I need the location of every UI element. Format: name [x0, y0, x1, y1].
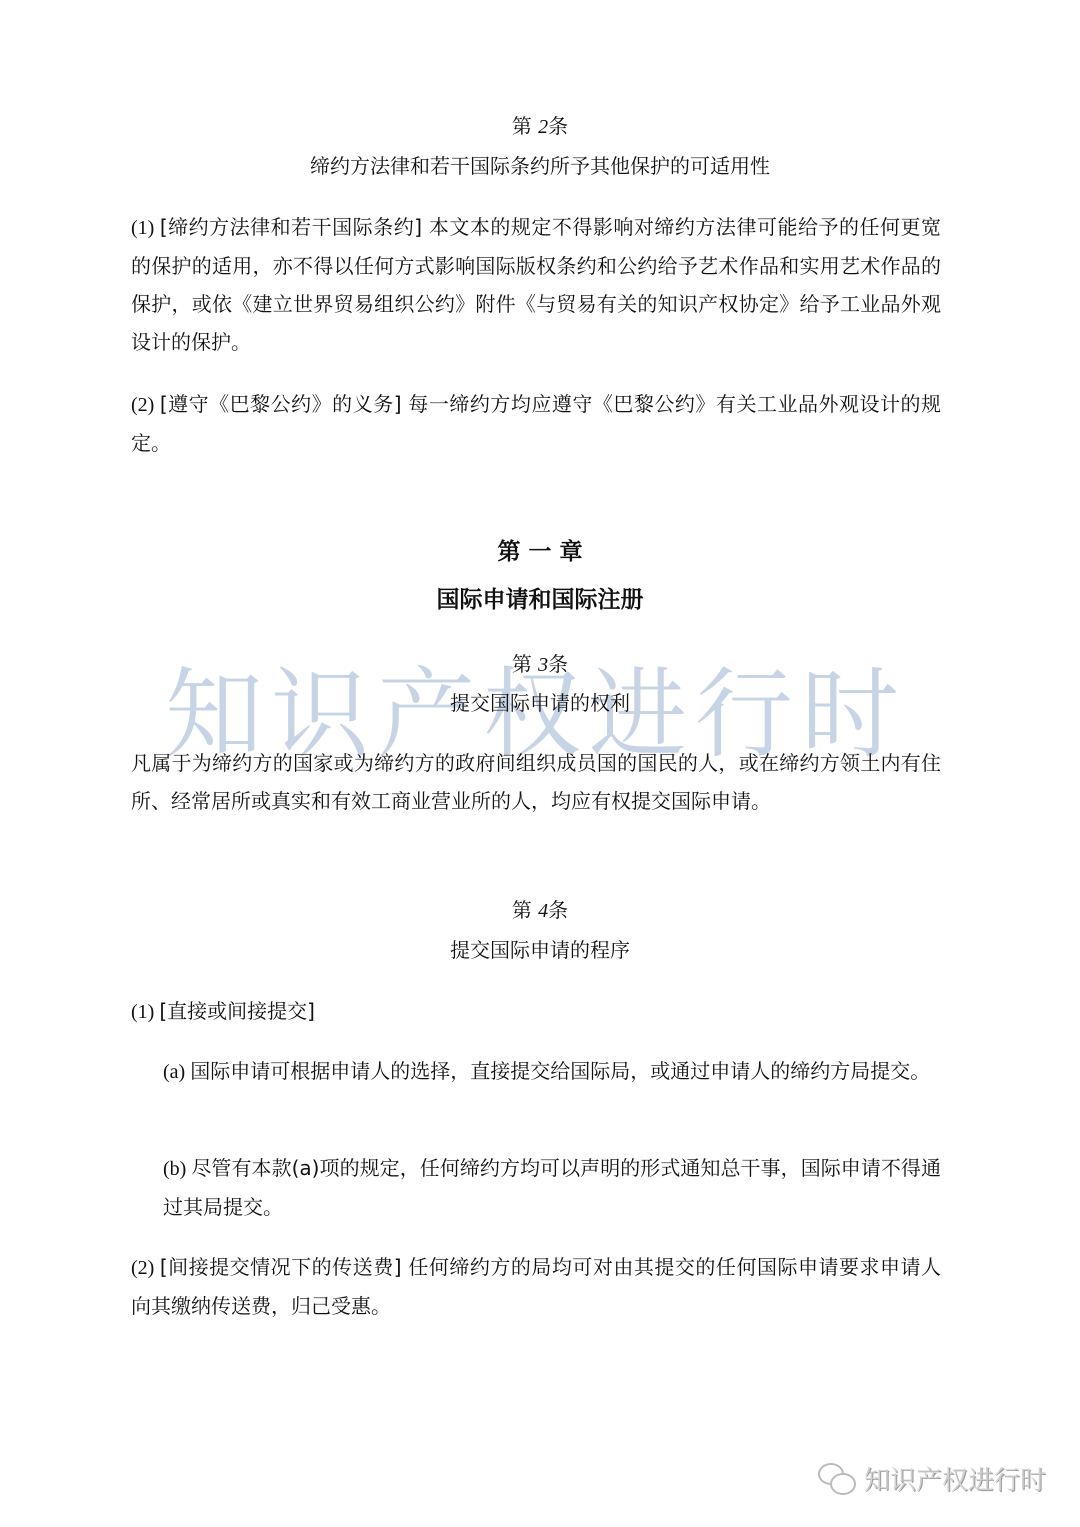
heading-number: 2: [538, 116, 548, 138]
footer-watermark-text: 知识产权进行时: [864, 1460, 1046, 1497]
heading-number: 3: [538, 654, 548, 676]
paragraph-label: (1): [131, 217, 160, 239]
paragraph-label: (b): [163, 1158, 191, 1180]
heading-number: 4: [538, 900, 548, 922]
heading-suffix: 条: [548, 114, 568, 138]
paragraph-text: [直接或间接提交]: [159, 999, 315, 1023]
document-page: 第 2条 缔约方法律和若干国际条约所予其他保护的可适用性 (1) [缔约方法律和…: [0, 0, 1080, 1527]
article-2-paragraph-1: (1) [缔约方法律和若干国际条约] 本文本的规定不得影响对缔约方法律可能给予的…: [131, 208, 941, 361]
paragraph-text: 国际申请可根据申请人的选择，直接提交给国际局，或通过申请人的缔约方局提交。: [190, 1059, 930, 1083]
article-4-heading: 第 4条: [0, 896, 1080, 925]
paragraph-text: [缔约方法律和若干国际条约] 本文本的规定不得影响对缔约方法律可能给予的任何更宽…: [131, 215, 941, 354]
paragraph-text: [间接提交情况下的传送费] 任何缔约方的局均可对由其提交的任何国际申请要求申请人…: [131, 1255, 941, 1318]
article-4-paragraph-2: (2) [间接提交情况下的传送费] 任何缔约方的局均可对由其提交的任何国际申请要…: [131, 1248, 941, 1325]
article-3-heading: 第 3条: [0, 650, 1080, 679]
article-3-paragraph: 凡属于为缔约方的国家或为缔约方的政府间组织成员国的国民的人，或在缔约方领土内有住…: [131, 744, 941, 820]
chapter-heading: 第 一 章: [0, 536, 1080, 568]
paragraph-text: 尽管有本款(a)项的规定，任何缔约方均可以声明的形式通知总干事，国际申请不得通过…: [163, 1156, 941, 1219]
paragraph-label: (a): [163, 1061, 190, 1083]
wechat-icon: [818, 1463, 856, 1493]
heading-suffix: 条: [548, 898, 568, 922]
article-2-title: 缔约方法律和若干国际条约所予其他保护的可适用性: [0, 152, 1080, 180]
heading-prefix: 第: [512, 898, 538, 922]
heading-suffix: 条: [548, 652, 568, 676]
paragraph-text: [遵守《巴黎公约》的义务] 每一缔约方均应遵守《巴黎公约》有关工业品外观设计的规…: [131, 392, 941, 455]
article-4-title: 提交国际申请的程序: [0, 936, 1080, 964]
article-2-heading: 第 2条: [0, 112, 1080, 141]
paragraph-label: (1): [131, 1001, 159, 1023]
paragraph-label: (2): [131, 1257, 160, 1279]
article-3-title: 提交国际申请的权利: [0, 689, 1080, 717]
heading-prefix: 第: [512, 652, 538, 676]
article-4-paragraph-1a: (a) 国际申请可根据申请人的选择，直接提交给国际局，或通过申请人的缔约方局提交…: [163, 1052, 941, 1091]
article-4-paragraph-1: (1) [直接或间接提交]: [131, 992, 941, 1031]
chapter-title: 国际申请和国际注册: [0, 584, 1080, 616]
article-4-paragraph-1b: (b) 尽管有本款(a)项的规定，任何缔约方均可以声明的形式通知总干事，国际申请…: [163, 1149, 941, 1226]
heading-prefix: 第: [512, 114, 538, 138]
paragraph-label: (2): [131, 394, 160, 416]
footer-watermark: 知识产权进行时: [818, 1458, 1046, 1498]
article-2-paragraph-2: (2) [遵守《巴黎公约》的义务] 每一缔约方均应遵守《巴黎公约》有关工业品外观…: [131, 385, 941, 462]
